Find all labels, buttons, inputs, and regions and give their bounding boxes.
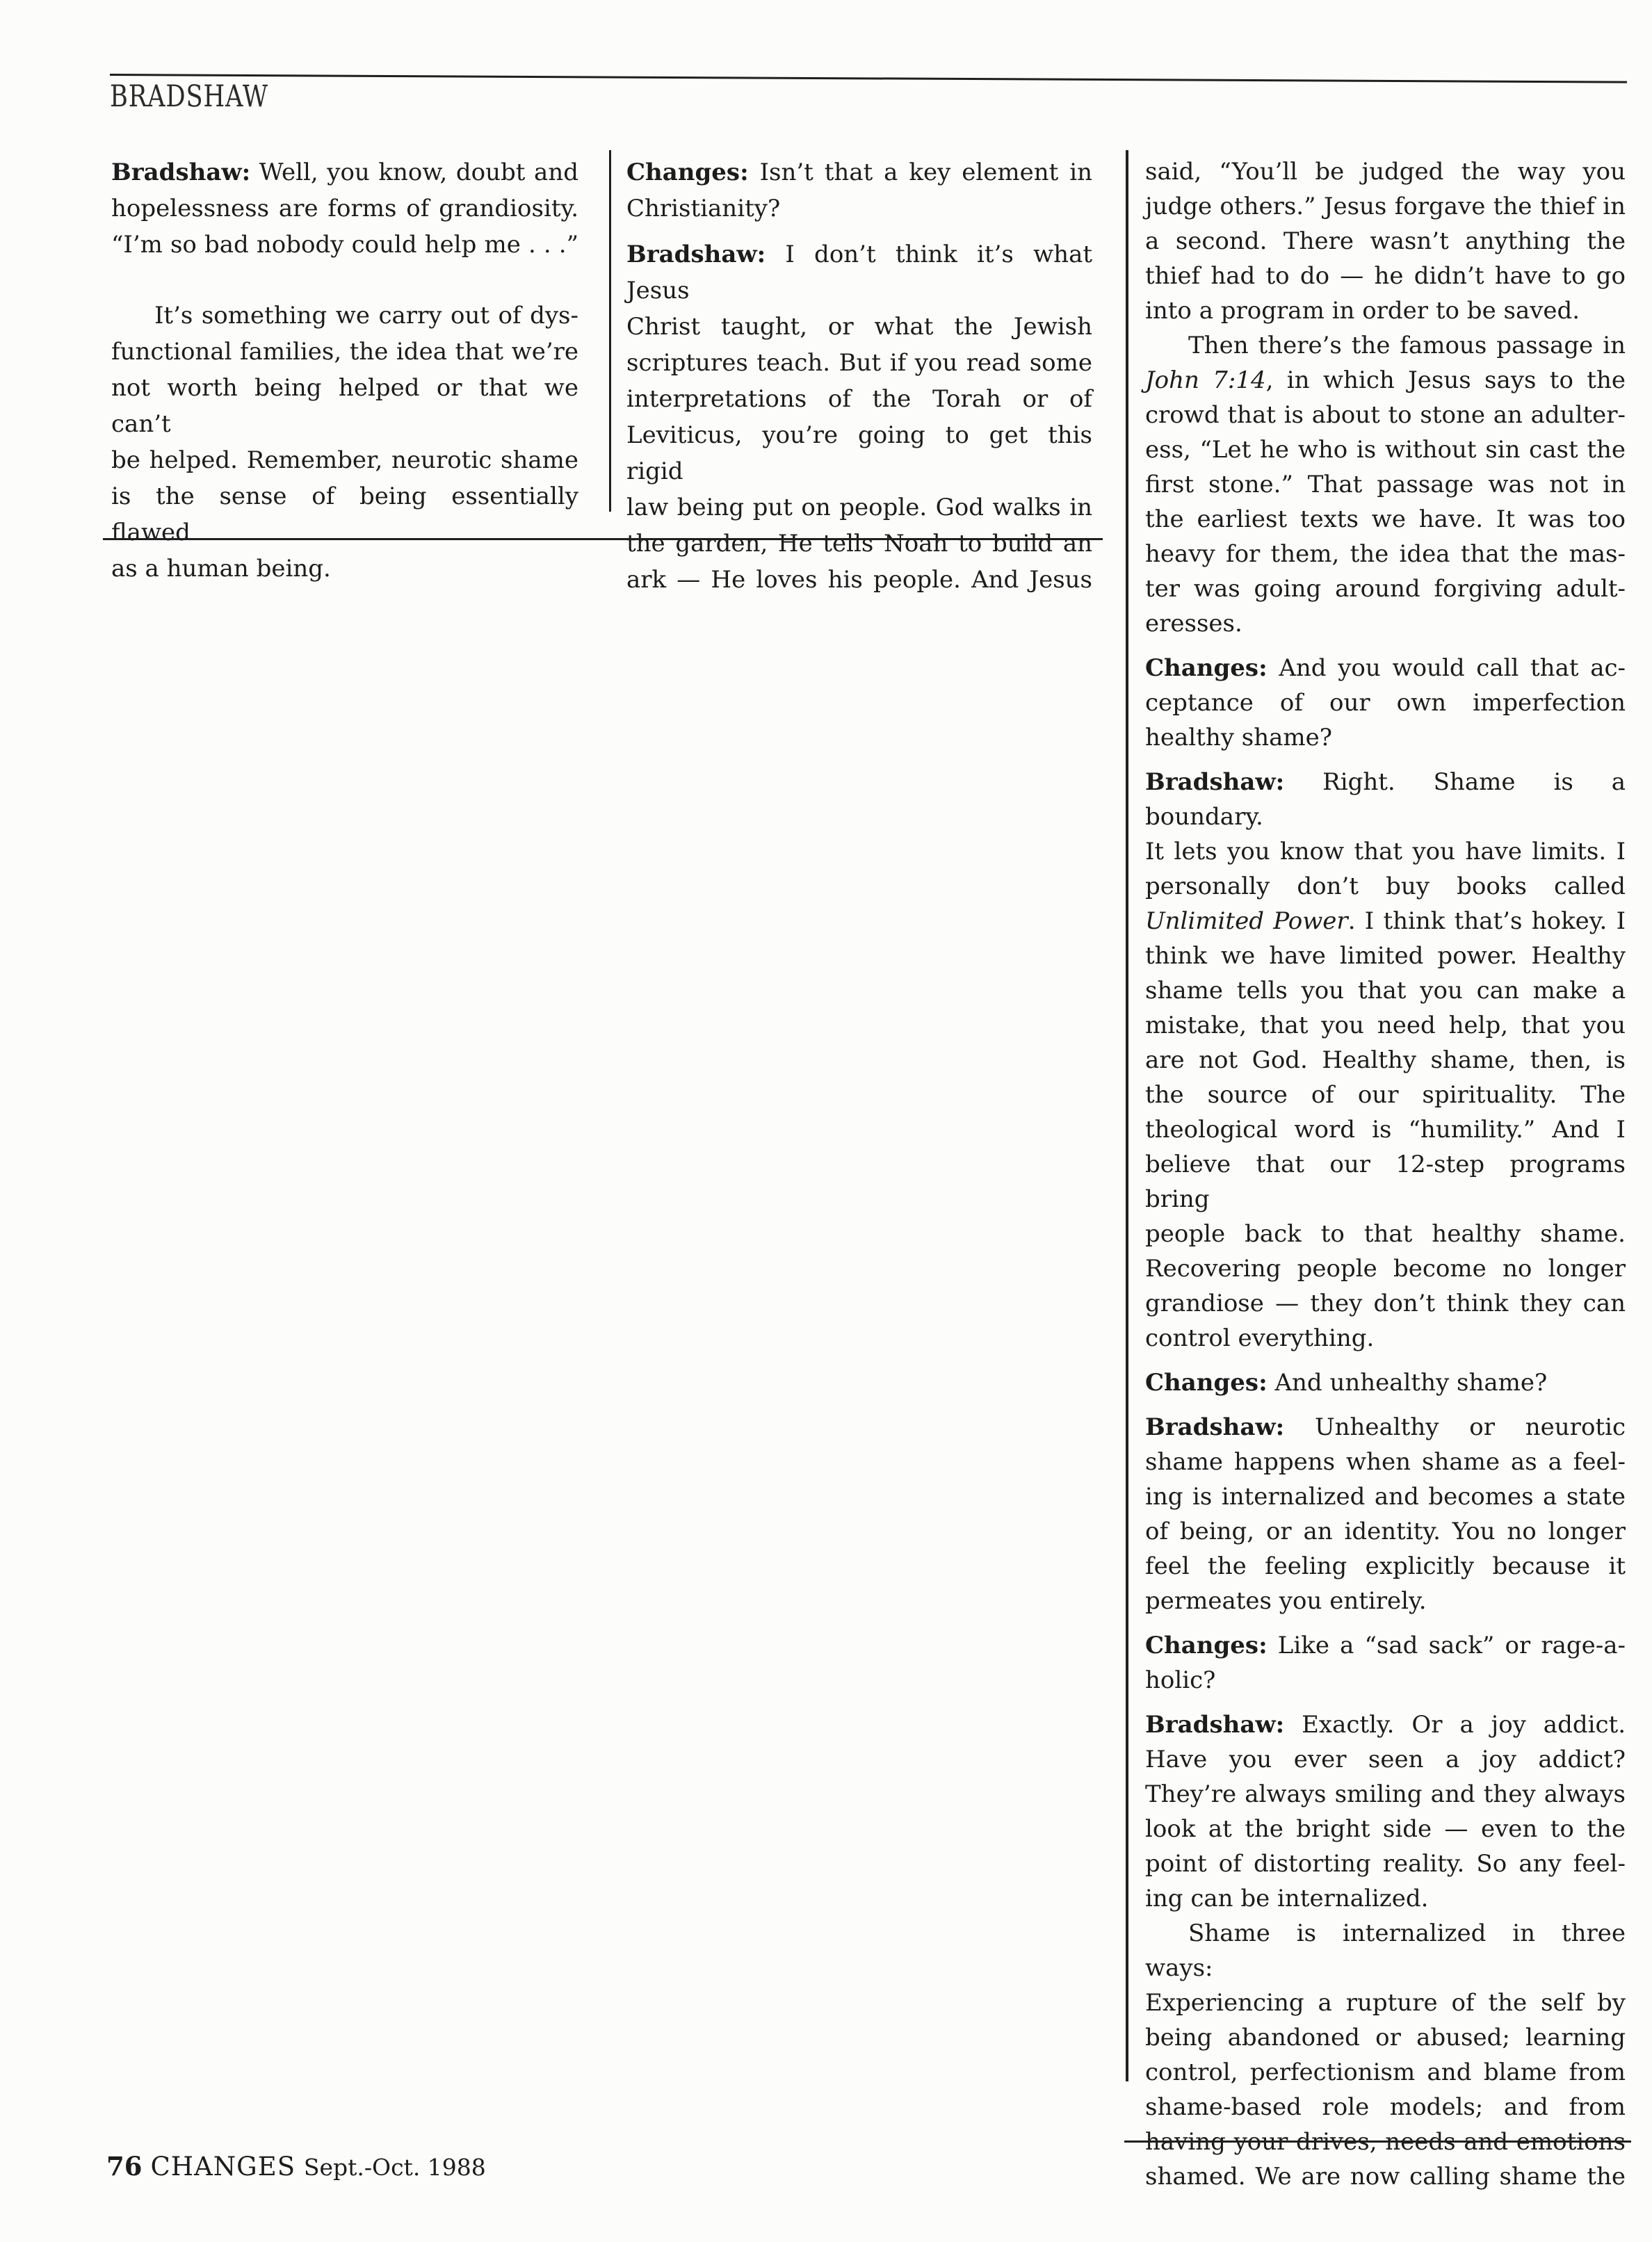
text-line: They’re always smiling and they always [1145,1777,1626,1812]
text-line: first stone.” That passage was not in [1145,467,1626,502]
paragraph: Bradshaw: I don’t think it’s what JesusC… [626,236,1092,598]
text-line: being abandoned or abused; learning [1145,2020,1626,2055]
text-line: Unlimited Power. I think that’s hokey. I [1145,904,1626,939]
text-line: interpretations of the Torah or of [626,381,1092,417]
text-line: functional families, the idea that we’re [111,334,578,370]
text-line: “I’m so bad nobody could help me . . .” [111,227,578,263]
paragraph: Then there’s the famous passage inJohn 7… [1145,328,1626,641]
text-line: Bradshaw: Exactly. Or a joy addict. [1145,1707,1626,1742]
text-column-1: Bradshaw: Well, you know, doubt andhopel… [111,154,578,587]
text-line: It’s something we carry out of dys- [111,298,578,334]
text-line: scriptures teach. But if you read some [626,345,1092,381]
text-line: ceptance of our own imperfection [1145,685,1626,720]
text-line: grandiose — they don’t think they can [1145,1286,1626,1321]
paragraph: Bradshaw: Right. Shame is a boundary.It … [1145,765,1626,1356]
text-line: Experiencing a rupture of the self by [1145,1985,1626,2020]
text-line: judge others.” Jesus forgave the thief i… [1145,189,1626,224]
text-line: believe that our 12-step programs bring [1145,1147,1626,1217]
paragraph: Changes: Isn’t that a key element inChri… [626,154,1092,227]
text-line: ter was going around forgiving adult- [1145,571,1626,606]
text-line: point of distorting reality. So any feel… [1145,1846,1626,1881]
text-line: It lets you know that you have limits. I [1145,834,1626,869]
text-line: eresses. [1145,606,1626,641]
page-footer: 76CHANGES Sept.-Oct. 1988 [106,2151,486,2182]
text-line: people back to that healthy shame. [1145,1217,1626,1251]
text-line: of being, or an identity. You no longer [1145,1514,1626,1549]
paragraph: It’s something we carry out of dys-funct… [111,298,578,587]
text-line: the garden, He tells Noah to build an [626,526,1092,562]
paragraph: said, “You’ll be judged the way youjudge… [1145,154,1626,328]
text-line: theological word is “humility.” And I [1145,1112,1626,1147]
text-line: control everything. [1145,1321,1626,1356]
text-line: mistake, that you need help, that you [1145,1008,1626,1043]
text-line: feel the feeling explicitly because it [1145,1549,1626,1584]
paragraph: Bradshaw: Unhealthy or neuroticshame hap… [1145,1410,1626,1618]
text-line: crowd that is about to stone an adulter- [1145,398,1626,432]
bottom-column-rule [1124,2141,1631,2143]
text-line: heavy for them, the idea that the mas- [1145,537,1626,571]
text-line: be helped. Remember, neurotic shame [111,442,578,478]
text-line: Christ taught, or what the Jewish [626,309,1092,345]
text-line: Bradshaw: Right. Shame is a boundary. [1145,765,1626,834]
text-line: Leviticus, you’re going to get this rigi… [626,417,1092,489]
text-line: hopelessness are forms of grandiosity. [111,190,578,227]
text-line: Bradshaw: Well, you know, doubt and [111,154,578,190]
text-line: ing can be internalized. [1145,1881,1626,1916]
text-column-2: Changes: Isn’t that a key element inChri… [626,154,1092,598]
text-line: into a program in order to be saved. [1145,293,1626,328]
text-line: Changes: Like a “sad sack” or rage-a- [1145,1628,1626,1663]
section-divider-rule [103,538,1103,540]
text-line: shame happens when shame as a feel- [1145,1445,1626,1479]
text-line: control, perfectionism and blame from [1145,2055,1626,2090]
text-line: Christianity? [626,190,1092,227]
text-line: shame tells you that you can make a [1145,973,1626,1008]
text-line: Changes: Isn’t that a key element in [626,154,1092,190]
paragraph: Bradshaw: Exactly. Or a joy addict.Have … [1145,1707,1626,1916]
text-line: thief had to do — he didn’t have to go [1145,259,1626,293]
text-line: John 7:14, in which Jesus says to the [1145,363,1626,398]
paragraph: Changes: And unhealthy shame? [1145,1365,1626,1400]
paragraph: Changes: Like a “sad sack” or rage-a-hol… [1145,1628,1626,1698]
text-line: Recovering people become no longer [1145,1251,1626,1286]
text-line: said, “You’ll be judged the way you [1145,154,1626,189]
magazine-page: BRADSHAW Bradshaw: Well, you know, doubt… [0,0,1652,2242]
text-line: as a human being. [111,551,578,587]
text-line: a second. There wasn’t anything the [1145,224,1626,259]
text-line: Shame is internalized in three ways: [1145,1916,1626,1985]
text-line: the source of our spirituality. The [1145,1078,1626,1112]
text-column-3: said, “You’ll be judged the way youjudge… [1145,154,1626,2194]
text-line: shame-based role models; and from [1145,2090,1626,2125]
text-line: ark — He loves his people. And Jesus [626,562,1092,598]
header-rule [110,74,1627,83]
text-line: the earliest texts we have. It was too [1145,502,1626,537]
issue-date: Sept.-Oct. 1988 [304,2154,486,2181]
text-line: Have you ever seen a joy addict? [1145,1742,1626,1777]
text-line: Changes: And unhealthy shame? [1145,1365,1626,1400]
text-line: Then there’s the famous passage in [1145,328,1626,363]
text-line: healthy shame? [1145,720,1626,755]
page-number: 76 [106,2151,143,2182]
text-line: Bradshaw: I don’t think it’s what Jesus [626,236,1092,309]
text-line: Changes: And you would call that ac- [1145,651,1626,685]
text-line: personally don’t buy books called [1145,869,1626,904]
text-line: ess, “Let he who is without sin cast the [1145,432,1626,467]
text-line: holic? [1145,1663,1626,1698]
text-line: not worth being helped or that we can’t [111,370,578,442]
text-line: law being put on people. God walks in [626,489,1092,526]
text-line: permeates you entirely. [1145,1584,1626,1618]
text-line: are not God. Healthy shame, then, is [1145,1043,1626,1078]
paragraph: Bradshaw: Well, you know, doubt andhopel… [111,154,578,263]
column-divider-1 [609,150,611,512]
text-line: shamed. We are now calling shame the [1145,2159,1626,2194]
magazine-name: CHANGES [151,2152,296,2182]
paragraph: Shame is internalized in three ways:Expe… [1145,1916,1626,2194]
paragraph: Changes: And you would call that ac-cept… [1145,651,1626,755]
text-line: ing is internalized and becomes a state [1145,1479,1626,1514]
column-divider-2 [1126,150,1128,2081]
text-line: Bradshaw: Unhealthy or neurotic [1145,1410,1626,1445]
page-title: BRADSHAW [110,79,268,114]
text-line: think we have limited power. Healthy [1145,939,1626,973]
text-line: look at the bright side — even to the [1145,1812,1626,1846]
